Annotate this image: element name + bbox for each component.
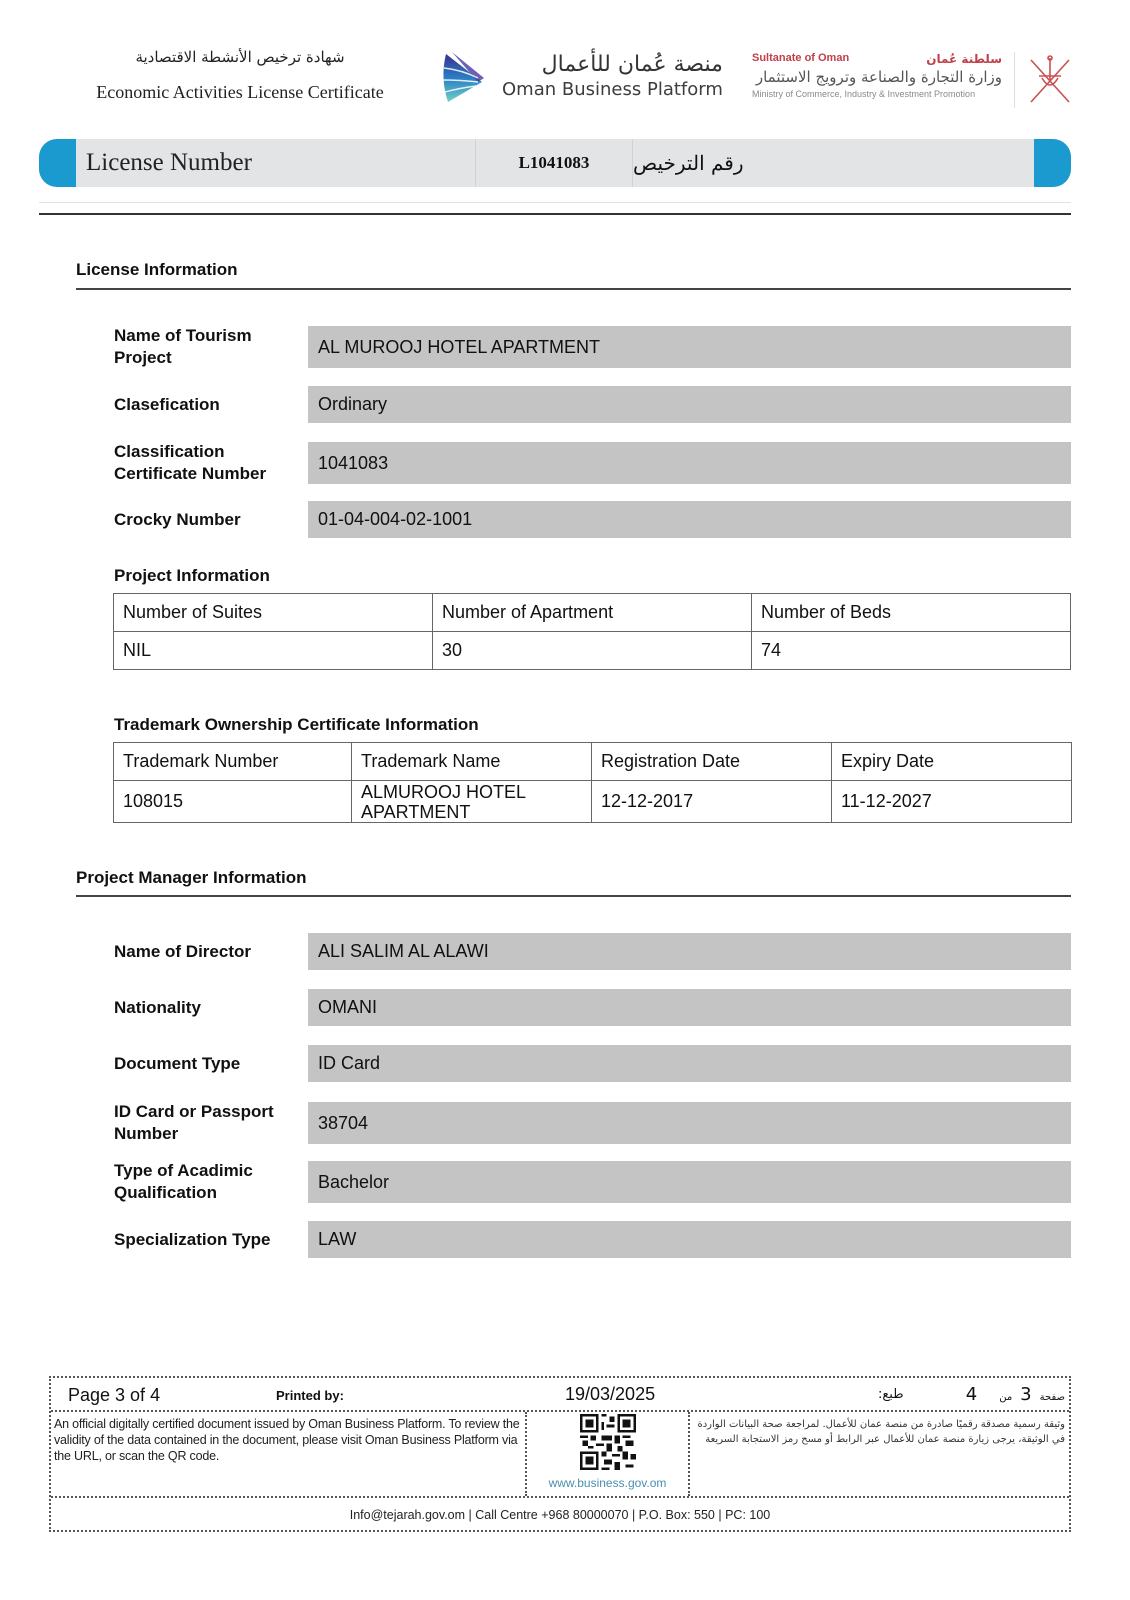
certificate-title-block: شهادة ترخيص الأنشطة الاقتصادية Economic … [80,48,400,103]
field-document-type: Document Type ID Card [114,1045,1071,1082]
field-crocky-number: Crocky Number 01-04-004-02-1001 [114,501,1071,538]
table-header-cell: Trademark Name [352,743,592,781]
subsection-title-trademark-info: Trademark Ownership Certificate Informat… [114,715,479,735]
field-value: ID Card [308,1045,1071,1082]
license-number-bar: License Number L1041083 رقم الترخيص [39,139,1071,187]
sultanate-ar: سلطنة عُمان [926,52,1002,66]
header-divider [1014,52,1015,108]
certificate-title-ar: شهادة ترخيص الأنشطة الاقتصادية [80,48,400,66]
license-number-label-ar: رقم الترخيص [633,139,1034,187]
field-label: Classification Certificate Number [114,441,308,485]
bar-accent-left [39,139,76,187]
table-header-row: Number of Suites Number of Apartment Num… [114,594,1071,632]
section-rule [76,895,1071,897]
field-value: 01-04-004-02-1001 [308,501,1071,538]
printed-by-label-ar: طبع: [878,1387,904,1402]
divider [39,213,1071,215]
field-value: 38704 [308,1102,1071,1144]
platform-name-ar: منصة عُمان للأعمال [502,52,723,77]
field-label: Nationality [114,997,308,1019]
field-label: Document Type [114,1053,308,1075]
field-value: Ordinary [308,386,1071,423]
field-value: 1041083 [308,442,1071,484]
table-header-cell: Number of Beds [752,594,1071,632]
table-cell: 74 [752,632,1071,670]
bar-accent-right [1034,139,1071,187]
platform-name-en: Oman Business Platform [502,79,723,100]
table-cell: 108015 [114,781,352,823]
oman-business-platform-logo-icon [438,48,490,104]
divider [39,202,1071,203]
table-header-cell: Registration Date [592,743,832,781]
printed-by-label: Printed by: [276,1388,344,1403]
page-indicator-ar: صفحة 3 من 4 [966,1384,1065,1405]
table-header-cell: Trademark Number [114,743,352,781]
certificate-title-en: Economic Activities License Certificate [80,82,400,103]
sultanate-en: Sultanate of Oman [752,52,849,66]
footer-note-row: An official digitally certified document… [51,1412,1069,1498]
qr-block: www.business.gov.om [527,1412,690,1496]
field-academic-qualification: Type of Acadimic Qualification Bachelor [114,1160,1071,1204]
section-title-license-info: License Information [76,260,238,280]
field-value: AL MUROOJ HOTEL APARTMENT [308,326,1071,368]
field-label: Crocky Number [114,509,308,531]
oman-business-platform-logo: منصة عُمان للأعمال Oman Business Platfor… [438,48,723,104]
print-date: 19/03/2025 [565,1384,655,1405]
table-row: 108015 ALMUROOJ HOTEL APARTMENT 12-12-20… [114,781,1072,823]
of-word-ar: من [999,1392,1012,1403]
page-word-ar: صفحة [1040,1392,1065,1403]
field-label: Name of Director [114,941,308,963]
ministry-name-en: Ministry of Commerce, Industry & Investm… [752,89,1002,99]
field-tourism-project-name: Name of Tourism Project AL MUROOJ HOTEL … [114,325,1071,369]
table-cell: ALMUROOJ HOTEL APARTMENT [352,781,592,823]
project-info-table: Number of Suites Number of Apartment Num… [113,593,1071,670]
verification-note-en: An official digitally certified document… [51,1412,527,1496]
ministry-name-ar: وزارة التجارة والصناعة وترويج الاستثمار [752,68,1002,86]
table-cell: 12-12-2017 [592,781,832,823]
footer-page-row: Page 3 of 4 Printed by: 19/03/2025 طبع: … [51,1378,1069,1412]
document-footer: Page 3 of 4 Printed by: 19/03/2025 طبع: … [49,1376,1071,1532]
trademark-info-table: Trademark Number Trademark Name Registra… [113,742,1072,823]
ministry-block: Sultanate of Oman سلطنة عُمان وزارة التج… [752,52,1075,108]
field-label: Specialization Type [114,1229,308,1251]
qr-code-icon[interactable] [580,1414,636,1470]
page-indicator: Page 3 of 4 [68,1385,160,1406]
field-director-name: Name of Director ALI SALIM AL ALAWI [114,933,1071,970]
table-header-cell: Expiry Date [832,743,1072,781]
license-number-label: License Number [76,139,476,187]
table-header-cell: Number of Apartment [433,594,752,632]
table-cell: 30 [433,632,752,670]
field-value: OMANI [308,989,1071,1026]
field-value: LAW [308,1221,1071,1258]
verification-note-ar: وثيقة رسمية مصدقة رقميًا صادرة من منصة ع… [690,1412,1069,1496]
table-cell: 11-12-2027 [832,781,1072,823]
platform-url-link[interactable]: www.business.gov.om [549,1476,667,1490]
oman-national-emblem-icon [1025,52,1075,108]
field-value: ALI SALIM AL ALAWI [308,933,1071,970]
table-cell: NIL [114,632,433,670]
subsection-title-project-info: Project Information [114,566,270,586]
table-row: NIL 30 74 [114,632,1071,670]
field-classification: Clasefication Ordinary [114,386,1071,423]
field-value: Bachelor [308,1161,1071,1203]
table-header-row: Trademark Number Trademark Name Registra… [114,743,1072,781]
field-classification-certificate-number: Classification Certificate Number 104108… [114,441,1071,485]
field-id-passport-number: ID Card or Passport Number 38704 [114,1101,1071,1145]
section-rule [76,288,1071,290]
page-current: 3 [1020,1384,1031,1405]
table-header-cell: Number of Suites [114,594,433,632]
field-label: Name of Tourism Project [114,325,308,369]
page-total: 4 [966,1384,977,1405]
contact-info: Info@tejarah.gov.om | Call Centre +968 8… [51,1498,1069,1532]
license-number-value: L1041083 [476,139,633,187]
field-nationality: Nationality OMANI [114,989,1071,1026]
section-title-manager-info: Project Manager Information [76,868,306,888]
field-label: Type of Acadimic Qualification [114,1160,308,1204]
field-specialization-type: Specialization Type LAW [114,1221,1071,1258]
field-label: ID Card or Passport Number [114,1101,308,1145]
field-label: Clasefication [114,394,308,416]
